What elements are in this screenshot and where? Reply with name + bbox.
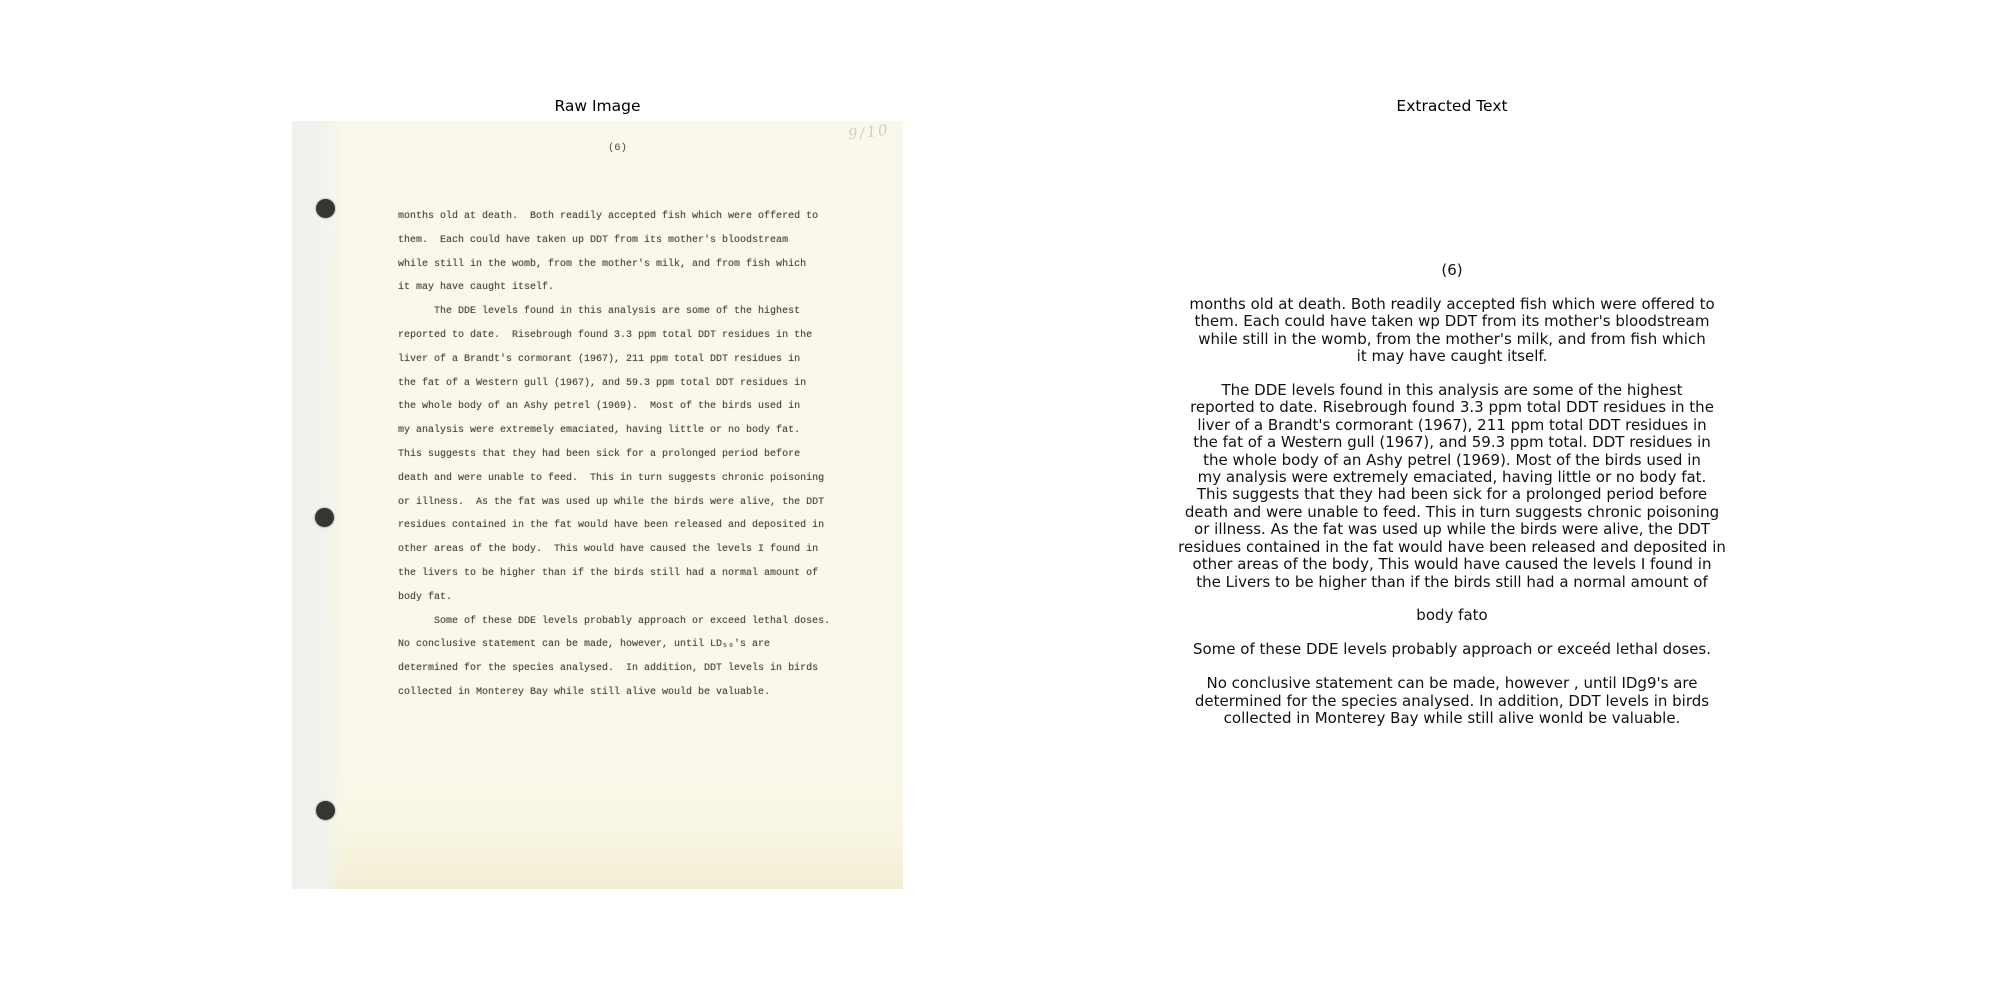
handwritten-pencil-mark: 9/10 (847, 121, 891, 144)
hole-punch-middle-icon (315, 508, 334, 527)
typewritten-body-text: months old at death. Both readily accept… (398, 205, 830, 705)
extracted-paragraph-3: body fato (1102, 607, 1802, 624)
scan-edge-strip (292, 121, 344, 889)
extracted-paragraph-1: months old at death. Both readily accept… (1102, 296, 1802, 366)
scanned-document-page: 9/10 (6) months old at death. Both readi… (292, 121, 903, 889)
extracted-text-block: (6) months old at death. Both readily ac… (1102, 262, 1802, 744)
extracted-paragraph-5: No conclusive statement can be made, how… (1102, 675, 1802, 727)
extracted-paragraph-2: The DDE levels found in this analysis ar… (1102, 382, 1802, 591)
extracted-text-panel-title: Extracted Text (1102, 97, 1802, 115)
hole-punch-top-icon (316, 199, 335, 218)
hole-punch-bottom-icon (316, 801, 335, 820)
extracted-page-number: (6) (1102, 262, 1802, 279)
page-number: (6) (608, 142, 627, 154)
extracted-paragraph-4: Some of these DDE levels probably approa… (1102, 641, 1802, 658)
raw-image-panel-title: Raw Image (292, 97, 903, 115)
